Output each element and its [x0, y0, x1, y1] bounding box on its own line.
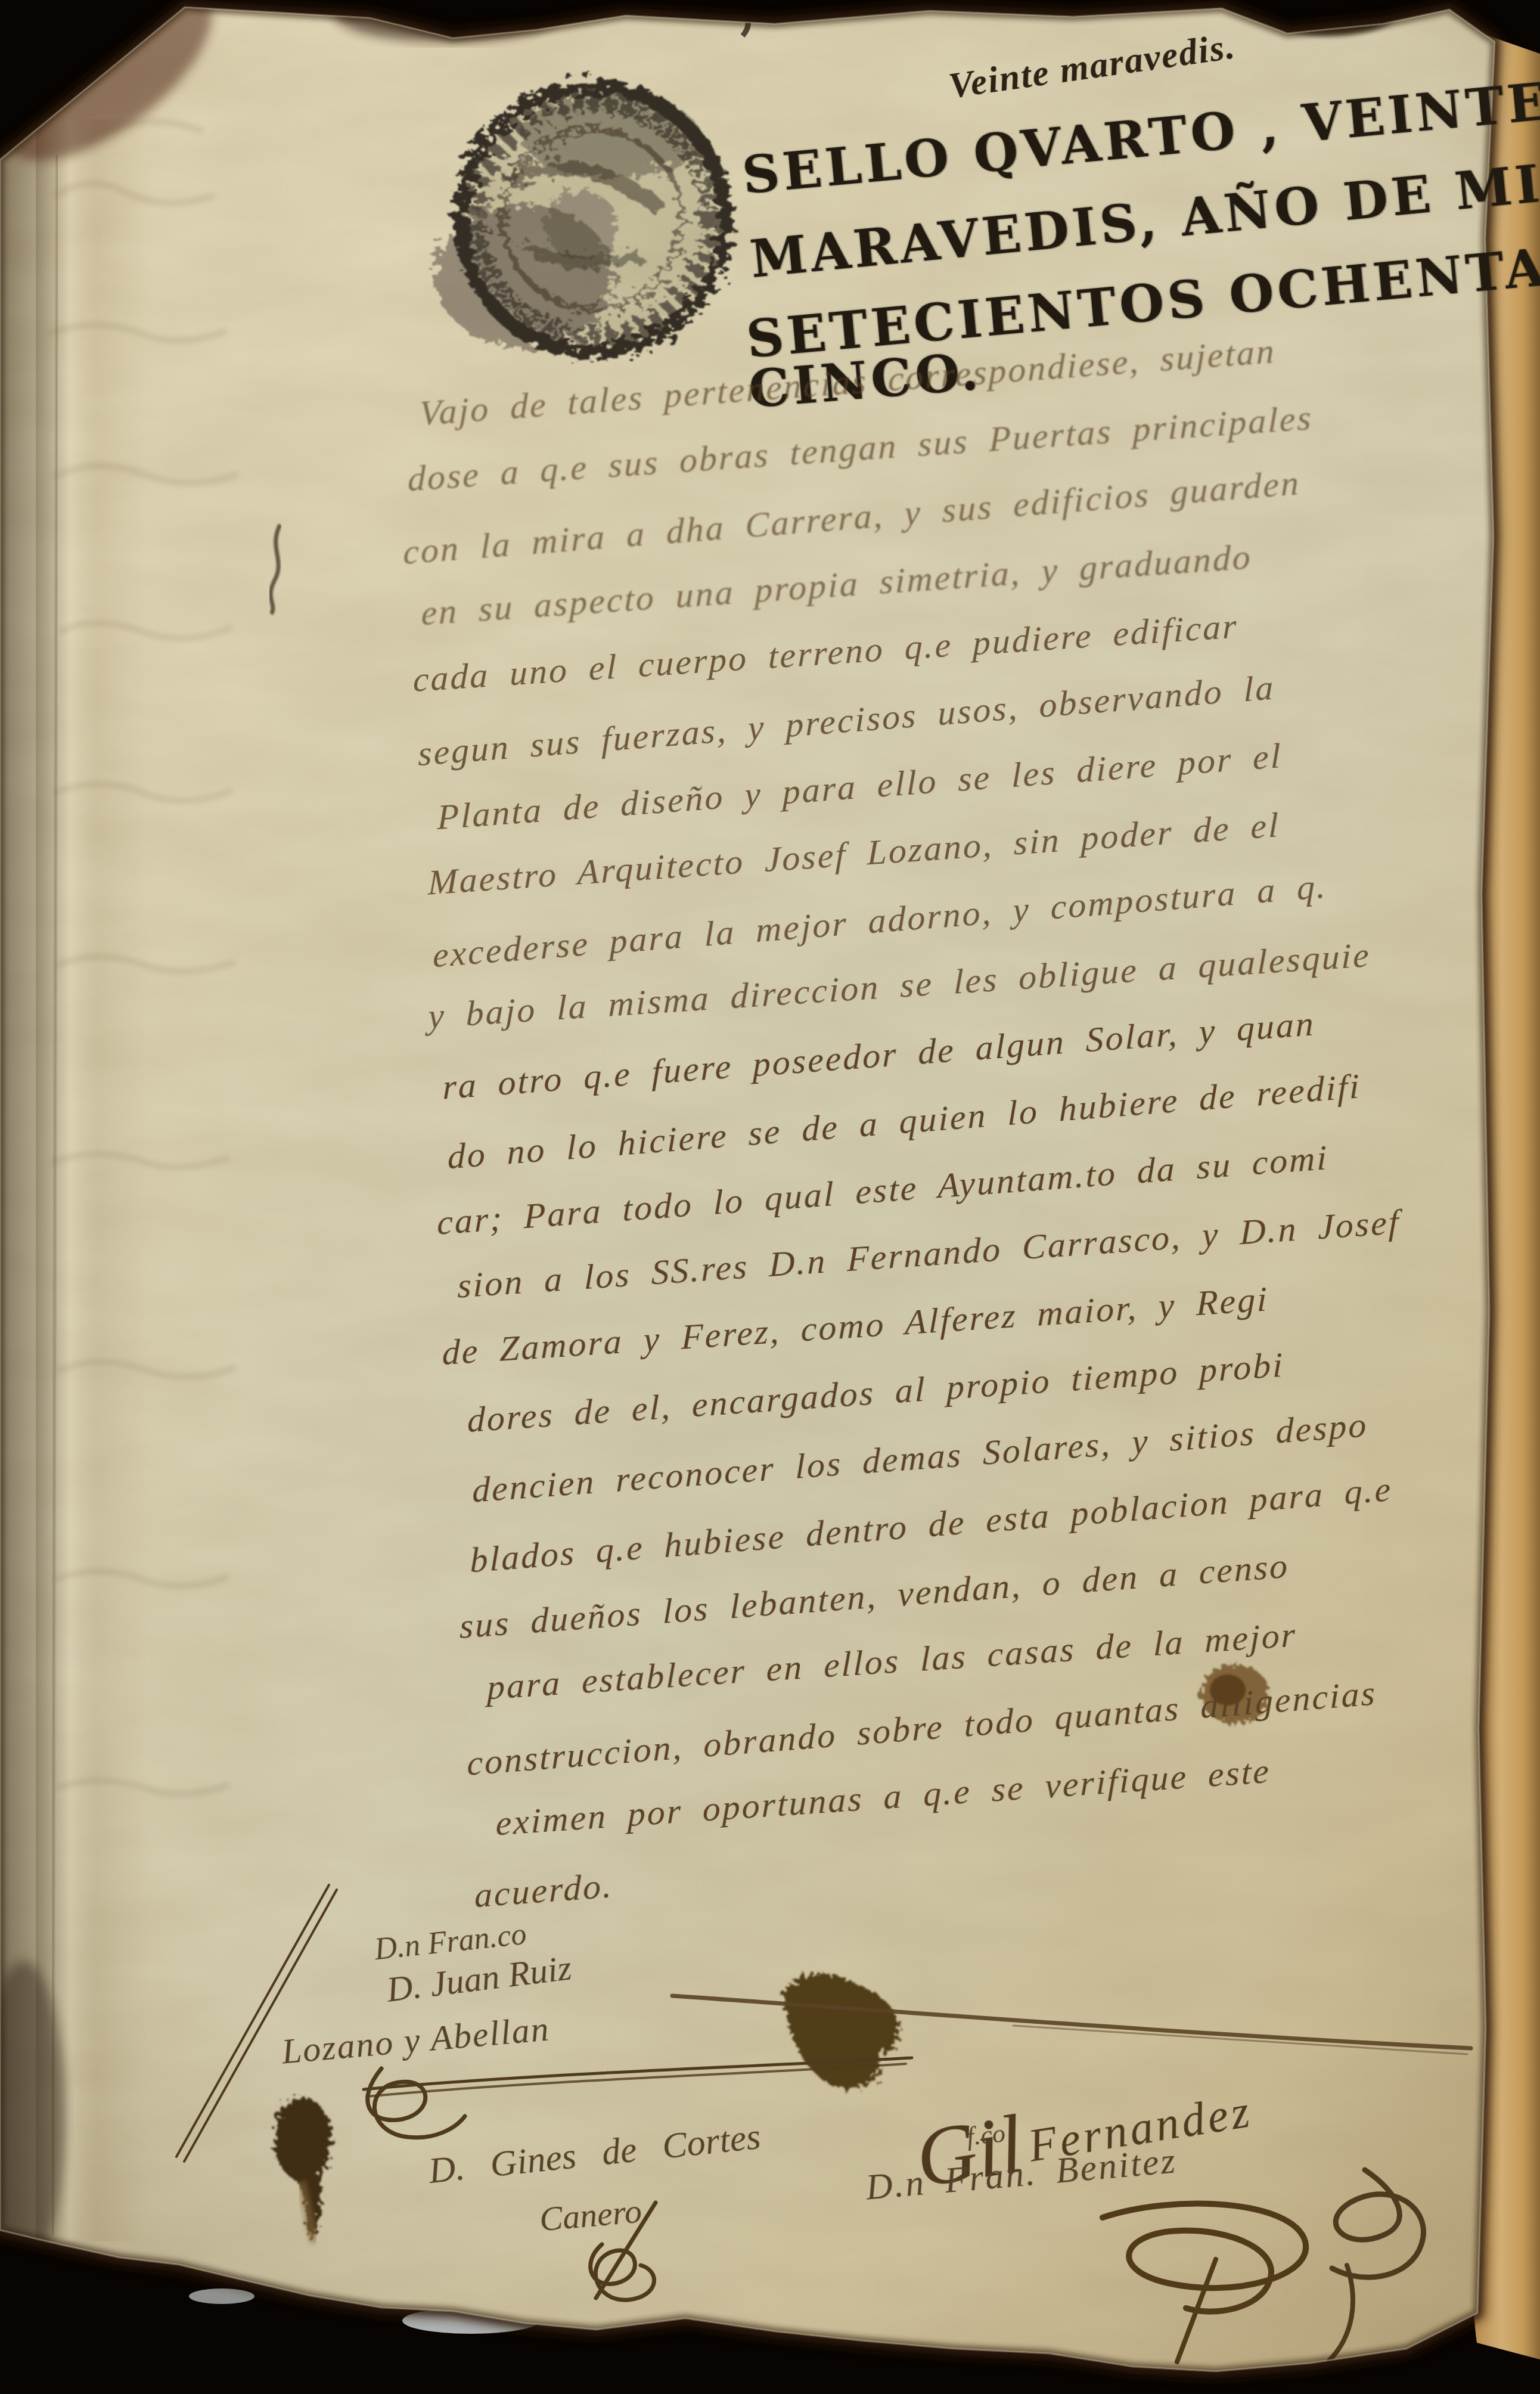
manuscript-text: Vajo de tales pertenencias correspondies…: [334, 296, 1540, 1931]
signature-benitez-superscript: f.co: [965, 2118, 1007, 2152]
document-photo: Veinte maravedis. SELLO QVARTO , VEINTE …: [0, 0, 1540, 2394]
under-sliver: [189, 2288, 254, 2304]
